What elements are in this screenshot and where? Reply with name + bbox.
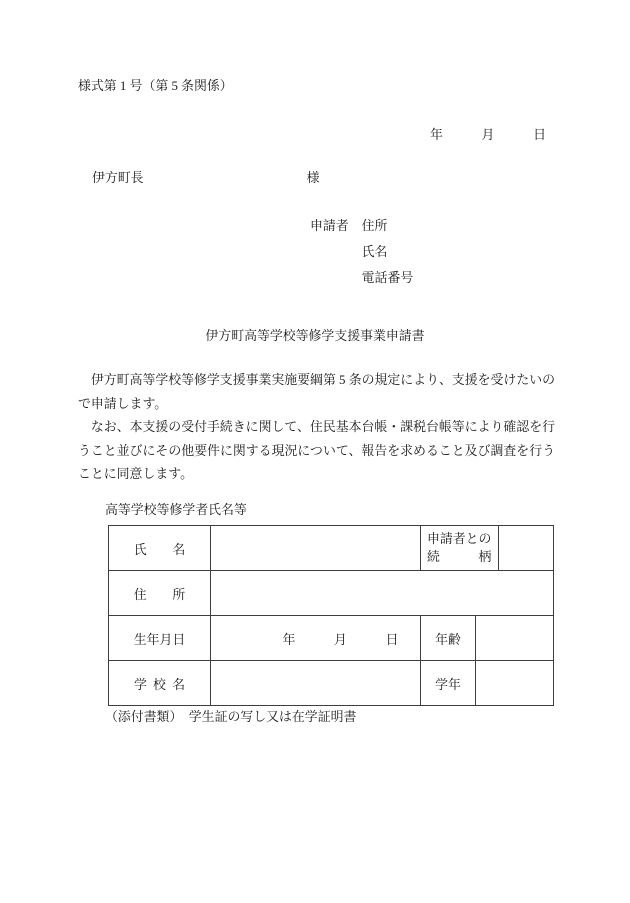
relation-label-line1: 申請者との xyxy=(427,530,496,548)
address-label-cell: 住 所 xyxy=(109,571,211,616)
age-value-cell xyxy=(476,616,554,661)
addressee-line: 伊方町長様 xyxy=(92,172,319,185)
addressee-honorific: 様 xyxy=(307,171,320,185)
body-line-5: ことに同意します。 xyxy=(78,463,555,487)
form-number: 様式第 1 号（第 5 条関係） xyxy=(78,80,233,93)
address-value-cell xyxy=(211,571,554,616)
table-row-birthdate: 生年月日 年 月 日 年齢 xyxy=(109,616,554,661)
applicant-fields: 住所 氏名 電話番号 xyxy=(362,213,414,291)
birthdate-value-cell: 年 月 日 xyxy=(211,616,421,661)
applicant-field-phone: 電話番号 xyxy=(362,265,414,291)
age-label-cell: 年齢 xyxy=(421,616,476,661)
document-title: 伊方町高等学校等修学支援事業申請書 xyxy=(0,330,630,343)
school-value-cell xyxy=(211,661,421,706)
table-caption: 高等学校等修学者氏名等 xyxy=(105,504,247,517)
applicant-label: 申請者 xyxy=(310,213,349,239)
body-line-4: うこと並びにその他要件に関する現況について、報告を求めること及び調査を行う xyxy=(78,440,555,464)
student-info-table: 氏 名 申請者との 続 柄 住 所 生年月日 年 月 日 年齢 学 校 xyxy=(108,525,554,706)
application-form-page: 様式第 1 号（第 5 条関係） 年 月 日 伊方町長様 申請者 住所 氏名 電… xyxy=(0,0,630,903)
name-value-cell xyxy=(211,526,421,571)
addressee-name: 伊方町長 xyxy=(92,171,144,185)
birthdate-label-cell: 生年月日 xyxy=(109,616,211,661)
date-line: 年 月 日 xyxy=(0,129,546,142)
applicant-field-name: 氏名 xyxy=(362,239,414,265)
body-line-3: なお、本支援の受付手続きに関して、住民基本台帳・課税台帳等により確認を行 xyxy=(78,416,555,440)
table-row-name: 氏 名 申請者との 続 柄 xyxy=(109,526,554,571)
relation-label-line2: 続 柄 xyxy=(427,548,496,566)
grade-label-cell: 学年 xyxy=(421,661,476,706)
applicant-field-address: 住所 xyxy=(362,213,414,239)
table-row-school: 学 校 名 学年 xyxy=(109,661,554,706)
grade-value-cell xyxy=(476,661,554,706)
body-line-2: で申請します。 xyxy=(78,393,555,417)
body-line-1: 伊方町高等学校等修学支援事業実施要綱第 5 条の規定により、支援を受けたいの xyxy=(78,369,555,393)
applicant-block: 申請者 住所 氏名 電話番号 xyxy=(310,213,413,291)
relation-value-cell xyxy=(499,526,554,571)
attachment-note: （添付書類） 学生証の写し又は在学証明書 xyxy=(105,711,356,724)
name-label-cell: 氏 名 xyxy=(109,526,211,571)
school-label-cell: 学 校 名 xyxy=(109,661,211,706)
body-paragraphs: 伊方町高等学校等修学支援事業実施要綱第 5 条の規定により、支援を受けたいの で… xyxy=(78,369,555,487)
table-row-address: 住 所 xyxy=(109,571,554,616)
relation-label-cell: 申請者との 続 柄 xyxy=(421,526,499,571)
